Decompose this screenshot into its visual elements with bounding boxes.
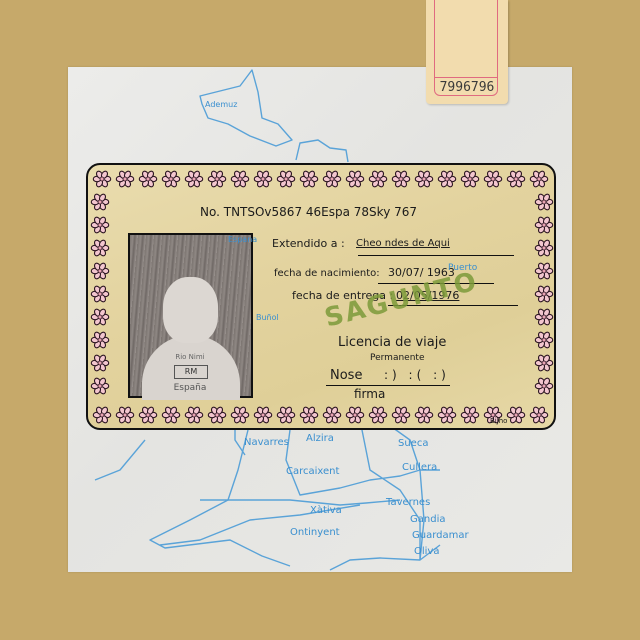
map-label: Cullera: [402, 462, 437, 473]
card-number: No. TNTSOv5867 46Espa 78Sky 767: [200, 205, 417, 219]
map-label: Navarres: [244, 437, 289, 448]
firma-label: firma: [354, 387, 385, 401]
map-label: Ademuz: [205, 100, 237, 109]
faces: :) :( :): [384, 368, 450, 382]
map-label: Carcaixent: [286, 466, 339, 477]
photo-head: [163, 277, 218, 343]
photo-caption: España: [160, 383, 220, 393]
artist-signature: Bijho: [490, 417, 507, 425]
map-label: Buñol: [256, 313, 279, 322]
map-label: Gandia: [410, 514, 445, 525]
travel-licence-card: No. TNTSOv5867 46Espa 78Sky 767 Rio Nimi…: [86, 163, 556, 430]
map-label: Alzira: [306, 433, 334, 444]
map-label: Oliva: [414, 546, 439, 557]
raffle-ticket: 7996796: [426, 0, 508, 104]
nacimiento-label: fecha de nacimiento:: [274, 268, 380, 279]
ticket-divider: [434, 77, 498, 78]
nose-label: Nose: [330, 368, 362, 383]
id-photo: Rio Nimi RM España: [128, 233, 253, 398]
licence-subtitle: Permanente: [370, 353, 424, 363]
extendido-value: Cheo ndes de Aqui: [356, 238, 450, 249]
extendido-underline: [358, 255, 514, 256]
photo-tag: RM: [174, 365, 208, 379]
signature-line: [326, 385, 450, 386]
photo-sub-caption: Rio Nimi: [150, 353, 230, 361]
extendido-label: Extendido a :: [272, 237, 345, 250]
ticket-number: 7996796: [436, 80, 498, 95]
map-label: Puerto: [448, 263, 477, 273]
map-label: Espana: [228, 235, 257, 244]
map-label: Guardamar: [412, 530, 469, 541]
licence-title: Licencia de viaje: [338, 335, 446, 350]
map-label: Xàtiva: [310, 505, 342, 516]
map-label: Sueca: [398, 438, 428, 449]
map-label: Ontinyent: [290, 527, 340, 538]
map-label: Tavernes: [386, 497, 430, 508]
